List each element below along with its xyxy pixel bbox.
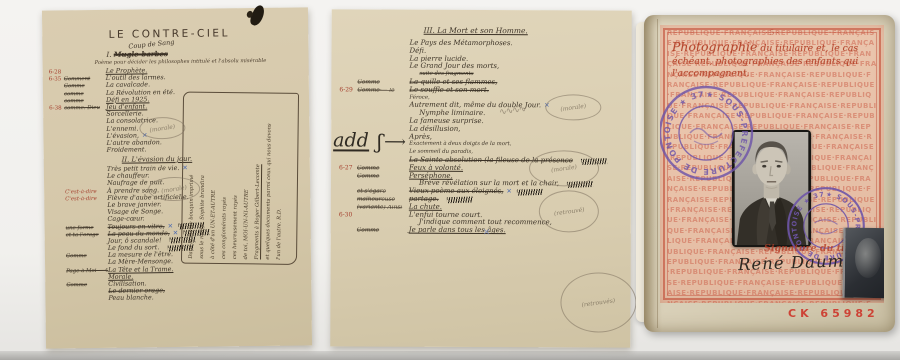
spine-crease — [657, 19, 658, 328]
poem-entry-row: Peau blanche. — [51, 294, 210, 303]
crossed-out-word: Mugle-barbes — [114, 49, 168, 59]
secondary-photo — [843, 228, 884, 299]
add-insertion-note: add ʃ ⟶ — [333, 129, 404, 153]
section-1-heading: I. Mugle-barbes — [106, 49, 168, 59]
section-3-heading: III. La Mort et son Homme. — [424, 26, 528, 35]
intro-line: Poème pour décider les philosophes intit… — [95, 58, 267, 66]
dedication-line: l'un de l'autre. R.D. — [274, 98, 287, 260]
arrow-icon: ⟶ — [384, 133, 404, 151]
photo-glare — [855, 238, 882, 278]
scribble-mark — [517, 189, 543, 196]
insertion-mark: ʃ — [375, 129, 384, 154]
photograph-caption: Photographie du titulaire et, le cas éch… — [672, 41, 875, 81]
svg-text:★ SOUS-PREFECTURE DE PONTOISE: ★ SOUS-PREFECTURE DE PONTOISE ★ 376-8-30… — [660, 77, 749, 176]
round-official-stamp: ★ SOUS-PREFECTURE DE PONTOISE ★ 376-8-30… — [660, 77, 762, 189]
photo-page: REPUBLIQUE·FRANÇAISE·REPUBLIQUE·FRANÇAIS… — [660, 25, 884, 303]
manuscript-page-2: III. La Mort et son Homme. Le Pays des M… — [330, 9, 631, 347]
dedication-text: Dans le même bouquin imprimé sous le mêm… — [186, 97, 294, 260]
serial-number: CK 65982 — [788, 307, 879, 320]
poem-entry-row: Froidement. — [50, 146, 179, 155]
ink-blot — [248, 4, 266, 28]
pencil-circled-note: (retrouvé) — [539, 190, 599, 232]
x-mark: ✕ — [506, 188, 511, 196]
x-mark: ✕ — [173, 230, 179, 237]
pencil-circled-note: (morale) — [545, 94, 601, 120]
pencil-circled-note: (morale) — [529, 150, 599, 186]
photograph-of-documents: LE CONTRE-CIEL Coup de Sang I. Mugle-bar… — [0, 0, 900, 360]
scribble-mark — [447, 196, 473, 203]
pencil-circled-note: (morale) — [139, 117, 185, 140]
pencil-circled-note: (retrouvés) — [560, 272, 636, 332]
manuscript-page-1: LE CONTRE-CIEL Coup de Sang I. Mugle-bar… — [42, 7, 312, 348]
table-edge-shadow — [0, 351, 900, 360]
dedication-box: Dans le même bouquin imprimé sous le mêm… — [181, 92, 299, 265]
identity-booklet: REPUBLIQUE·FRANÇAISE·REPUBLIQUE·FRANÇAIS… — [644, 15, 895, 332]
page-number: · 5 · — [660, 29, 884, 37]
blue-x-mark: ✕ — [483, 228, 491, 238]
poem-list-section-1: 6-28 Le Prophète. 6-35 Comment L'outil d… — [49, 67, 179, 155]
